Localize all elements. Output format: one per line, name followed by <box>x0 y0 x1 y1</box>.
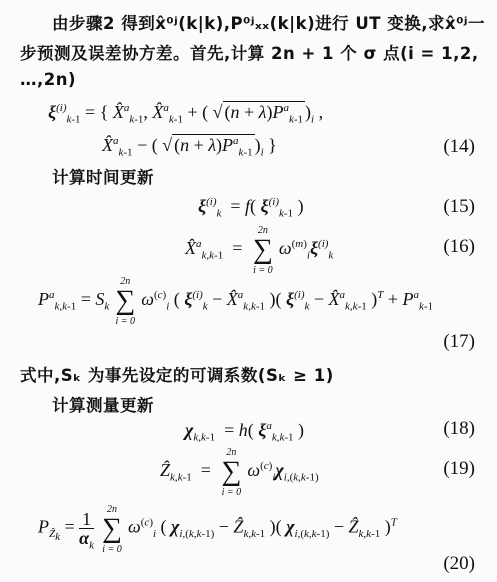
equation-number-20: (20) <box>443 553 475 575</box>
paragraph-line-1: 由步骤2 得到x̂⁰ʲ(k|k),P⁰ʲₓₓ(k|k)进行 UT 变换,求x̂⁰… <box>52 10 485 34</box>
summation-symbol: 2n∑i = 0 <box>112 287 138 315</box>
summation-symbol: 2n∑i = 0 <box>250 236 276 264</box>
equation-number-14: (14) <box>443 136 475 158</box>
note-sk: 式中,Sₖ 为事先设定的可调系数(Sₖ ≥ 1) <box>20 362 334 386</box>
paragraph-line-2: 步预测及误差协方差。首先,计算 2n + 1 个 σ 点(i = 1,2, <box>20 40 479 64</box>
heading-time-update: 计算时间更新 <box>52 164 154 188</box>
equation-number-19: (19) <box>443 458 475 480</box>
equation-number-16: (16) <box>443 236 475 258</box>
fraction: 1αk <box>79 510 94 547</box>
equation-17: Pak,k-1 = Sk2n∑i = 0ω(c)i ( ξ(i)k − X̂ak… <box>38 287 433 315</box>
equation-16: X̂ak,k-1 = 2n∑i = 0ω(m)iξ(i)k <box>185 236 333 264</box>
equation-14-line-1: ξ(i)k-1 = { X̂ak-1, X̂ak-1 + ( √(n + λ)P… <box>48 102 323 123</box>
paragraph-line-3: …,2n) <box>20 70 76 89</box>
equation-19: Ẑk,k-1 = 2n∑i = 0ω(c)iχi,(k,k-1) <box>160 458 319 486</box>
equation-18: χk,k-1 = h( ξak,k-1 ) <box>185 420 304 441</box>
summation-symbol: 2n∑i = 0 <box>218 458 244 486</box>
equation-14-line-2: X̂ak-1 − ( √(n + λ)Pak-1)i } <box>102 135 277 156</box>
equation-number-17: (17) <box>443 331 475 353</box>
heading-measurement-update: 计算测量更新 <box>52 392 154 416</box>
equation-15: ξ(i)k = f( ξ(i)k-1 ) <box>198 196 304 217</box>
equation-number-18: (18) <box>443 418 475 440</box>
equation-number-15: (15) <box>443 196 475 218</box>
summation-symbol: 2n∑i = 0 <box>99 515 125 543</box>
equation-20: PẐk = 1αk2n∑i = 0ω(c)i ( χi,(k,k-1) − Ẑk… <box>38 510 397 547</box>
